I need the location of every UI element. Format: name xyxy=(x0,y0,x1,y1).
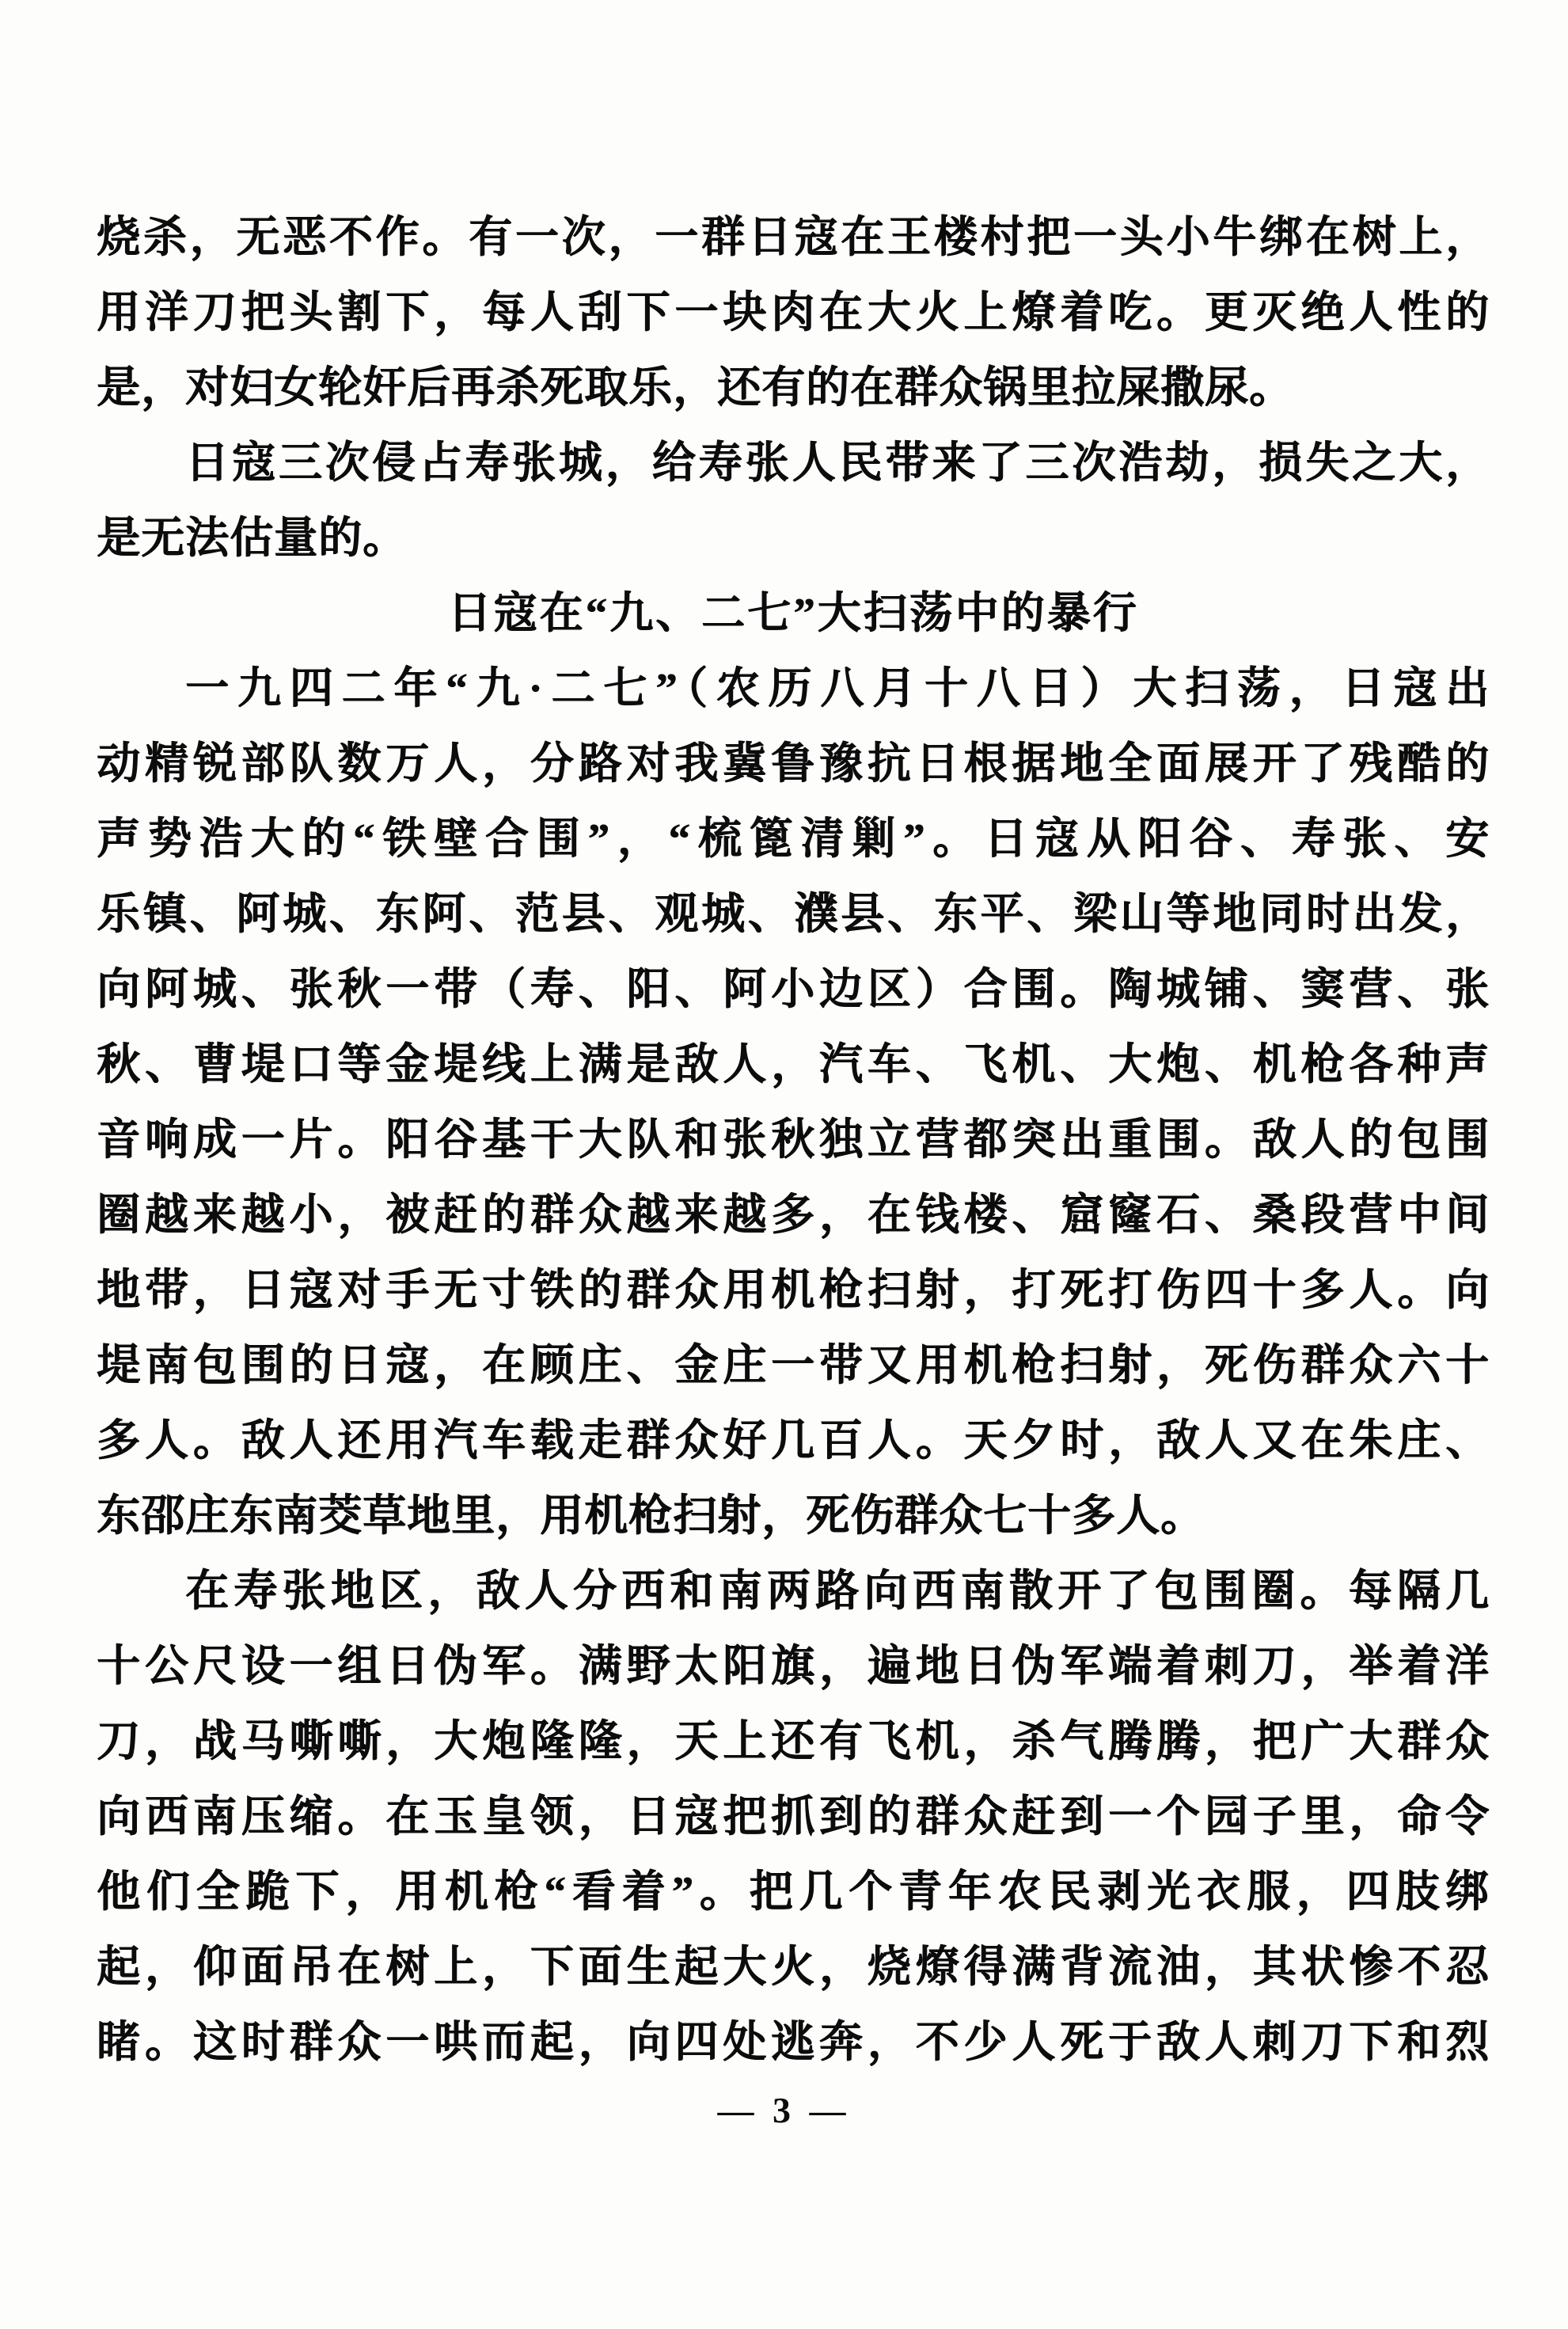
text-line: 东邵庄东南茭草地里，用机枪扫射，死伤群众七十多人。 xyxy=(97,1478,1490,1553)
scanned-page: 烧杀，无恶不作。有一次，一群日寇在王楼村把一头小牛绑在树上，用洋刀把头割下，每人… xyxy=(0,0,1568,2329)
text-line: 他们全跪下，用机枪“看着”。把几个青年农民剥光衣服，四肢绑 xyxy=(97,1854,1490,1929)
text-line: 是，对妇女轮奸后再杀死取乐，还有的在群众锅里拉屎撒尿。 xyxy=(97,350,1490,425)
text-line: 是无法估量的。 xyxy=(97,500,1490,576)
text-line: 声势浩大的“铁壁合围”，“梳篦清剿”。日寇从阳谷、寿张、安 xyxy=(97,801,1490,876)
text-line: 刀，战马嘶嘶，大炮隆隆，天上还有飞机，杀气腾腾，把广大群众 xyxy=(97,1704,1490,1779)
text-line: 十公尺设一组日伪军。满野太阳旗，遍地日伪军端着刺刀，举着洋 xyxy=(97,1628,1490,1704)
text-line: 秋、曹堤口等金堤线上满是敌人，汽车、飞机、大炮、机枪各种声 xyxy=(97,1027,1490,1102)
text-line: 地带，日寇对手无寸铁的群众用机枪扫射，打死打伤四十多人。向 xyxy=(97,1252,1490,1328)
text-line: 向西南压缩。在玉皇领，日寇把抓到的群众赶到一个园子里，命令 xyxy=(97,1779,1490,1854)
text-line: 堤南包围的日寇，在顾庄、金庄一带又用机枪扫射，死伤群众六十 xyxy=(97,1328,1490,1403)
text-line: 起，仰面吊在树上，下面生起大火，烧燎得满背流油，其状惨不忍 xyxy=(97,1929,1490,2004)
text-block: 烧杀，无恶不作。有一次，一群日寇在王楼村把一头小牛绑在树上，用洋刀把头割下，每人… xyxy=(97,199,1490,2080)
text-line: 用洋刀把头割下，每人刮下一块肉在大火上燎着吃。更灭绝人性的 xyxy=(97,275,1490,350)
section-heading: 日寇在“九、二七”大扫荡中的暴行 xyxy=(97,576,1490,651)
page-number: — 3 — xyxy=(0,2082,1568,2139)
text-line: 圈越来越小，被赶的群众越来越多，在钱楼、窟窿石、桑段营中间 xyxy=(97,1177,1490,1252)
text-line: 音响成一片。阳谷基干大队和张秋独立营都突出重围。敌人的包围 xyxy=(97,1102,1490,1177)
text-line: 睹。这时群众一哄而起，向四处逃奔，不少人死于敌人刺刀下和烈 xyxy=(97,2004,1490,2080)
text-line: 一九四二年“九·二七”（农历八月十八日）大扫荡，日寇出 xyxy=(97,651,1490,726)
text-line: 多人。敌人还用汽车载走群众好几百人。天夕时，敌人又在朱庄、 xyxy=(97,1403,1490,1478)
text-line: 日寇三次侵占寿张城，给寿张人民带来了三次浩劫，损失之大， xyxy=(97,425,1490,500)
text-line: 在寿张地区，敌人分西和南两路向西南散开了包围圈。每隔几 xyxy=(97,1553,1490,1628)
text-line: 向阿城、张秋一带（寿、阳、阿小边区）合围。陶城铺、窦营、张 xyxy=(97,952,1490,1027)
text-line: 烧杀，无恶不作。有一次，一群日寇在王楼村把一头小牛绑在树上， xyxy=(97,199,1490,275)
text-line: 动精锐部队数万人，分路对我冀鲁豫抗日根据地全面展开了残酷的 xyxy=(97,726,1490,801)
text-line: 乐镇、阿城、东阿、范县、观城、濮县、东平、梁山等地同时出发， xyxy=(97,876,1490,952)
